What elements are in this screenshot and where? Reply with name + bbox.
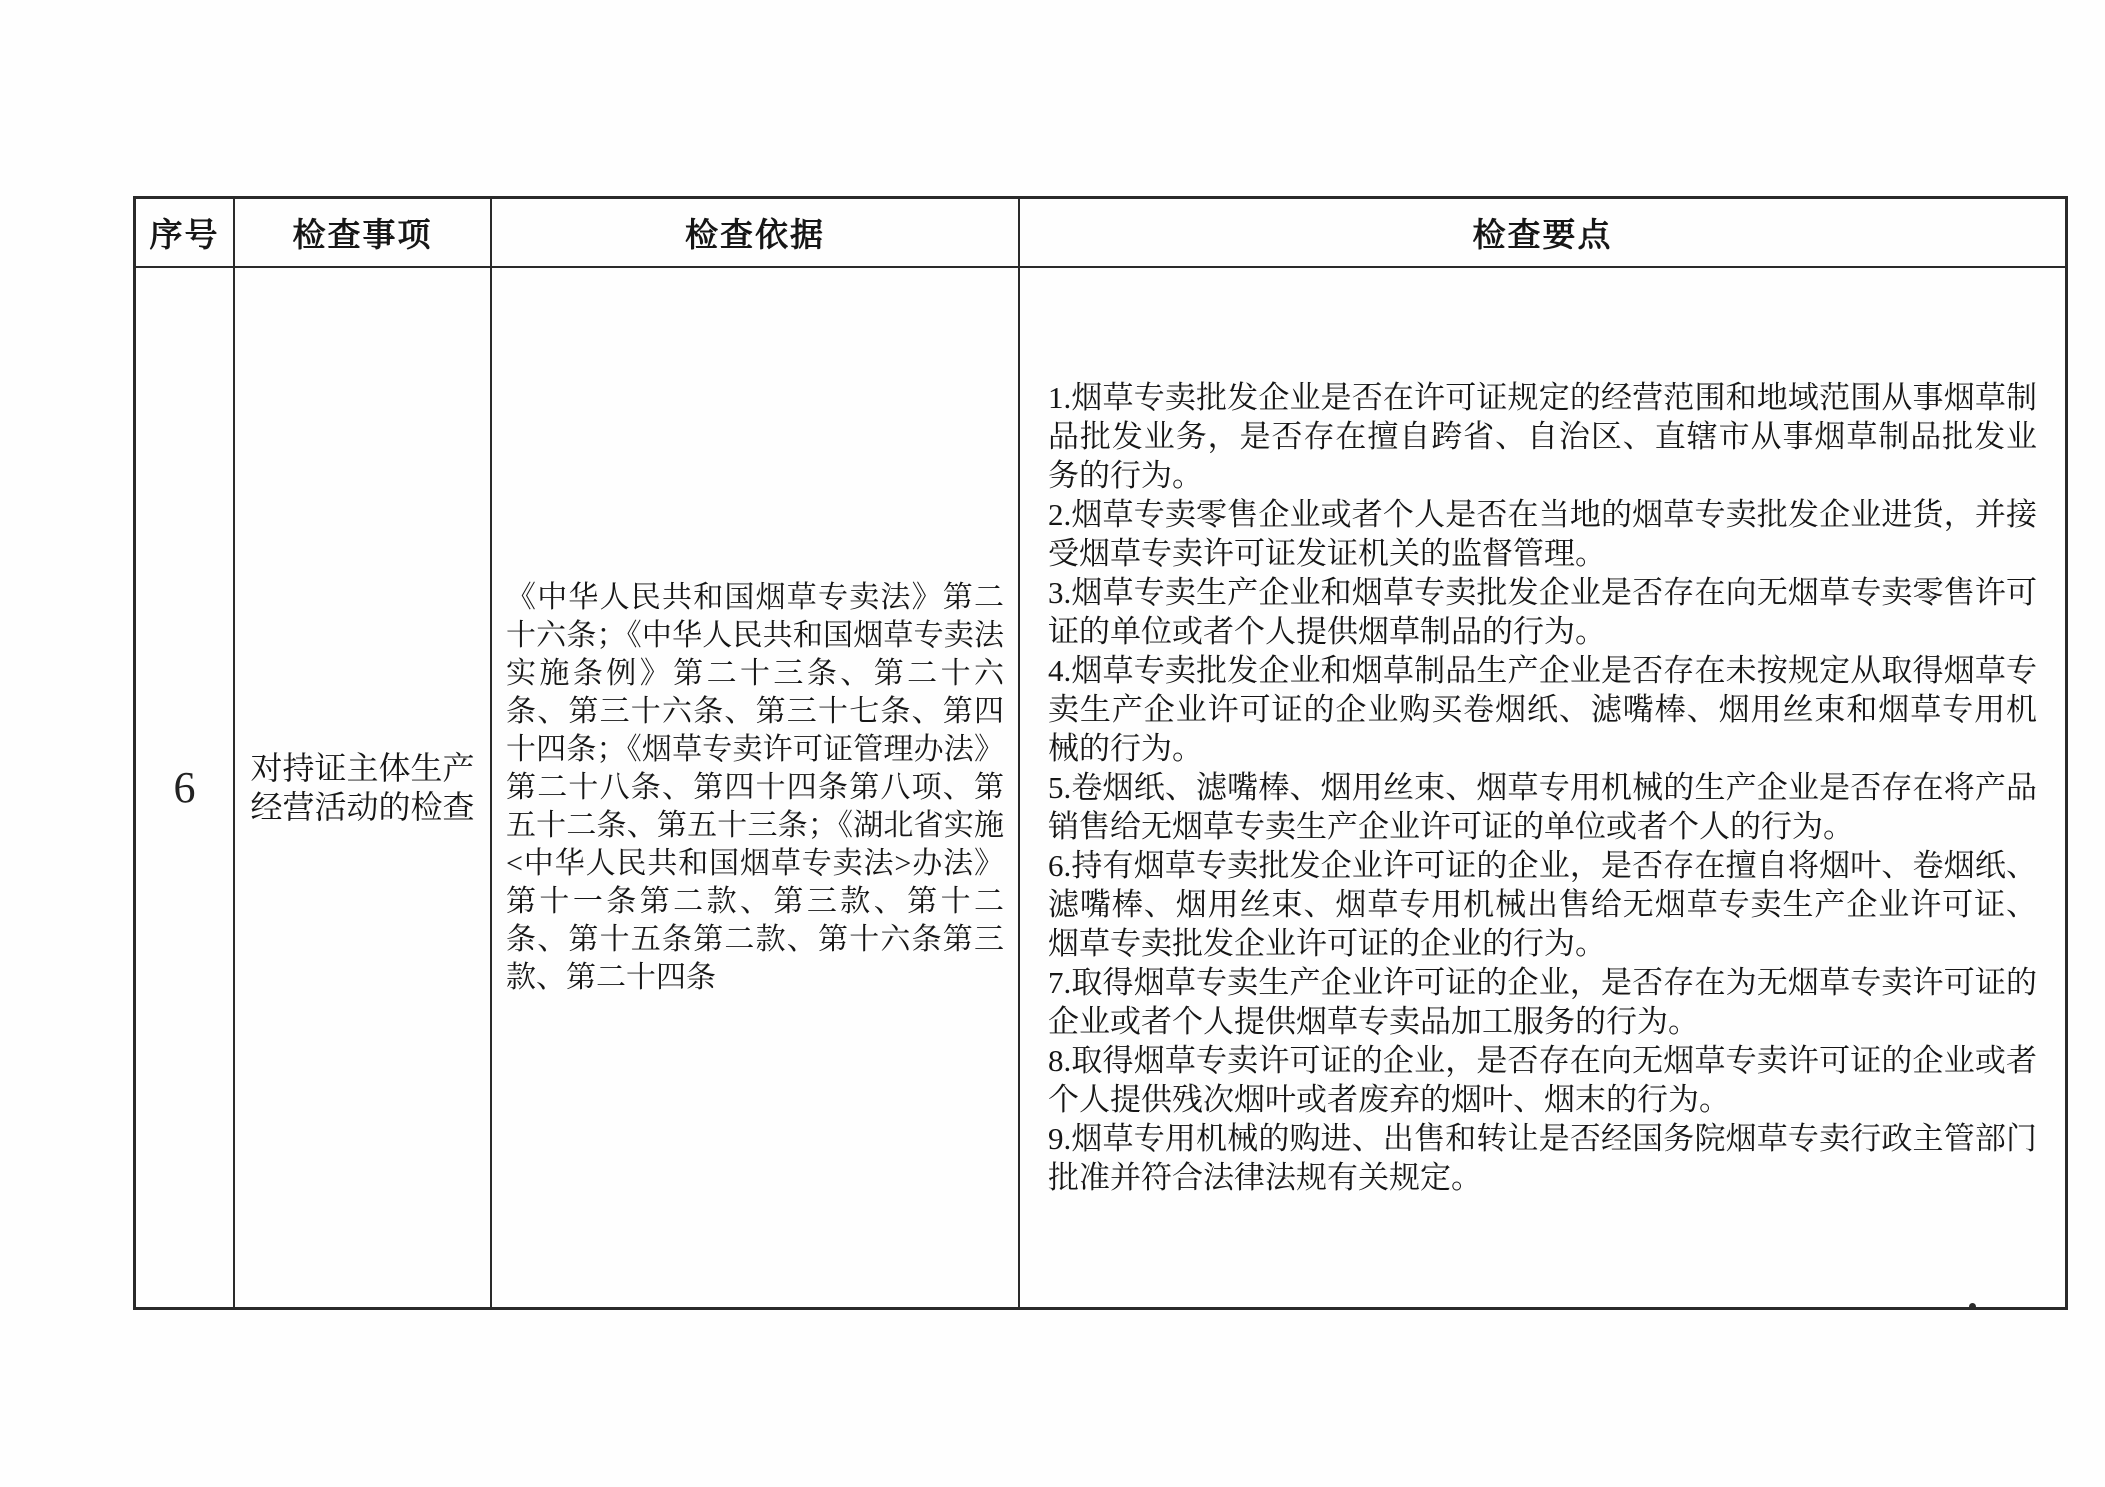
inspection-point-4: 4.烟草专卖批发企业和烟草制品生产企业是否存在未按规定从取得烟草专卖生产企业许可… bbox=[1048, 651, 2037, 768]
cell-inspection-points: 1.烟草专卖批发企业是否在许可证规定的经营范围和地域范围从事烟草制品批发业务，是… bbox=[1020, 268, 2065, 1307]
inspection-point-6: 6.持有烟草专卖批发企业许可证的企业，是否存在擅自将烟叶、卷烟纸、滤嘴棒、烟用丝… bbox=[1048, 846, 2037, 963]
cell-serial-number: 6 bbox=[136, 268, 235, 1307]
inspection-item-text: 对持证主体生产经营活动的检查 bbox=[235, 749, 490, 827]
header-serial-number: 序号 bbox=[136, 199, 235, 268]
cell-inspection-item: 对持证主体生产经营活动的检查 bbox=[235, 268, 492, 1307]
cell-inspection-basis: 《中华人民共和国烟草专卖法》第二十六条；《中华人民共和国烟草专卖法实施条例》第二… bbox=[492, 268, 1020, 1307]
inspection-points-list: 1.烟草专卖批发企业是否在许可证规定的经营范围和地域范围从事烟草制品批发业务，是… bbox=[1020, 378, 2065, 1197]
scanned-document-page: 序号 检查事项 检查依据 检查要点 6 对持证主体生产经营活动的检查 《中华人民… bbox=[0, 0, 2105, 1487]
inspection-basis-text: 《中华人民共和国烟草专卖法》第二十六条；《中华人民共和国烟草专卖法实施条例》第二… bbox=[492, 579, 1018, 997]
inspection-point-5: 5.卷烟纸、滤嘴棒、烟用丝束、烟草专用机械的生产企业是否存在将产品销售给无烟草专… bbox=[1048, 768, 2037, 846]
inspection-point-1: 1.烟草专卖批发企业是否在许可证规定的经营范围和地域范围从事烟草制品批发业务，是… bbox=[1048, 378, 2037, 495]
header-inspection-basis: 检查依据 bbox=[492, 199, 1020, 268]
inspection-table: 序号 检查事项 检查依据 检查要点 6 对持证主体生产经营活动的检查 《中华人民… bbox=[133, 196, 2068, 1310]
inspection-point-7: 7.取得烟草专卖生产企业许可证的企业，是否存在为无烟草专卖许可证的企业或者个人提… bbox=[1048, 963, 2037, 1041]
header-inspection-points: 检查要点 bbox=[1020, 199, 2065, 268]
header-inspection-item: 检查事项 bbox=[235, 199, 492, 268]
inspection-point-8: 8.取得烟草专卖许可证的企业，是否存在向无烟草专卖许可证的企业或者个人提供残次烟… bbox=[1048, 1041, 2037, 1119]
serial-number-value: 6 bbox=[174, 766, 196, 810]
scan-artifact-dot bbox=[1969, 1303, 1976, 1310]
inspection-point-3: 3.烟草专卖生产企业和烟草专卖批发企业是否存在向无烟草专卖零售许可证的单位或者个… bbox=[1048, 573, 2037, 651]
inspection-point-9: 9.烟草专用机械的购进、出售和转让是否经国务院烟草专卖行政主管部门批准并符合法律… bbox=[1048, 1119, 2037, 1197]
inspection-point-2: 2.烟草专卖零售企业或者个人是否在当地的烟草专卖批发企业进货，并接受烟草专卖许可… bbox=[1048, 495, 2037, 573]
